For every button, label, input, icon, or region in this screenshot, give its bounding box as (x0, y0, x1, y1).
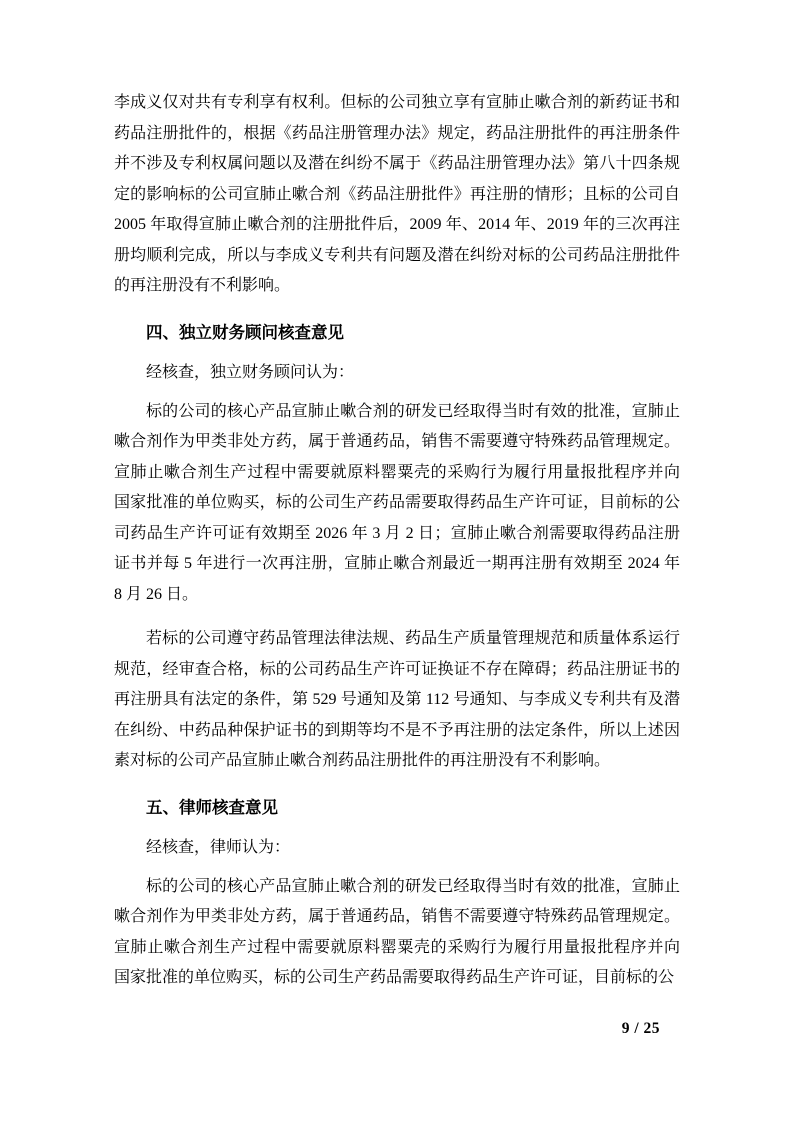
paragraph-patent-conclusion: 李成义仅对共有专利享有权利。但标的公司独立享有宣肺止嗽合剂的新药证书和药品注册批… (114, 88, 680, 302)
text-line: 经核查，独立财务顾问认为： (114, 358, 680, 389)
section-heading-financial-advisor-opinion: 四、独立财务顾问核查意见 (114, 318, 680, 349)
text-line: 在纠纷、中药品种保护证书的到期等均不是不予再注册的法定条件，所以上述因 (114, 716, 680, 747)
text-line: 国家批准的单位购买，标的公司生产药品需要取得药品生产许可证，目前标的公 (114, 488, 680, 519)
text-line: 宣肺止嗽合剂生产过程中需要就原料罂粟壳的采购行为履行用量报批程序并向 (114, 458, 680, 489)
text-line: 并不涉及专利权属问题以及潜在纠纷不属于《药品注册管理办法》第八十四条规 (114, 149, 680, 180)
text-line: 再注册具有法定的条件，第 529 号通知及第 112 号通知、与李成义专利共有及… (114, 685, 680, 716)
text-line: 司药品生产许可证有效期至 2026 年 3 月 2 日；宣肺止嗽合剂需要取得药品… (114, 519, 680, 550)
paragraph-financial-advisor-view: 标的公司的核心产品宣肺止嗽合剂的研发已经取得当时有效的批准，宣肺止嗽合剂作为甲类… (114, 397, 680, 611)
paragraph-financial-advisor-conclusion: 若标的公司遵守药品管理法律法规、药品生产质量管理规范和质量体系运行规范，经审查合… (114, 624, 680, 777)
text-line: 国家批准的单位购买，标的公司生产药品需要取得药品生产许可证，目前标的公 (114, 963, 680, 994)
page-number: 9 / 25 (622, 1020, 660, 1038)
text-line: 2005 年取得宣肺止嗽合剂的注册批件后，2009 年、2014 年、2019 … (114, 210, 680, 241)
text-line: 规范，经审查合格，标的公司药品生产许可证换证不存在障碍；药品注册证书的 (114, 655, 680, 686)
document-page: 李成义仅对共有专利享有权利。但标的公司独立享有宣肺止嗽合剂的新药证书和药品注册批… (0, 0, 793, 1122)
text-line: 宣肺止嗽合剂生产过程中需要就原料罂粟壳的采购行为履行用量报批程序并向 (114, 933, 680, 964)
section-heading-lawyer-opinion: 五、律师核查意见 (114, 793, 680, 824)
text-line: 标的公司的核心产品宣肺止嗽合剂的研发已经取得当时有效的批准，宣肺止 (114, 397, 680, 428)
text-line: 药品注册批件的，根据《药品注册管理办法》规定，药品注册批件的再注册条件 (114, 119, 680, 150)
text-line: 嗽合剂作为甲类非处方药，属于普通药品，销售不需要遵守特殊药品管理规定。 (114, 902, 680, 933)
text-line: 证书并每 5 年进行一次再注册，宣肺止嗽合剂最近一期再注册有效期至 2024 年 (114, 549, 680, 580)
text-line: 经核查，律师认为： (114, 833, 680, 864)
text-line: 素对标的公司产品宣肺止嗽合剂药品注册批件的再注册没有不利影响。 (114, 746, 680, 777)
text-line: 8 月 26 日。 (114, 580, 680, 611)
text-line: 标的公司的核心产品宣肺止嗽合剂的研发已经取得当时有效的批准，宣肺止 (114, 872, 680, 903)
text-line: 嗽合剂作为甲类非处方药，属于普通药品，销售不需要遵守特殊药品管理规定。 (114, 427, 680, 458)
paragraph-lawyer-view: 标的公司的核心产品宣肺止嗽合剂的研发已经取得当时有效的批准，宣肺止嗽合剂作为甲类… (114, 872, 680, 994)
text-line: 定的影响标的公司宣肺止嗽合剂《药品注册批件》再注册的情形；且标的公司自 (114, 180, 680, 211)
text-line: 的再注册没有不利影响。 (114, 271, 680, 302)
paragraph-financial-advisor-intro: 经核查，独立财务顾问认为： (114, 358, 680, 389)
text-line: 册均顺利完成，所以与李成义专利共有问题及潜在纠纷对标的公司药品注册批件 (114, 241, 680, 272)
document-body: 李成义仅对共有专利享有权利。但标的公司独立享有宣肺止嗽合剂的新药证书和药品注册批… (114, 88, 680, 1008)
text-line: 若标的公司遵守药品管理法律法规、药品生产质量管理规范和质量体系运行 (114, 624, 680, 655)
text-line: 李成义仅对共有专利享有权利。但标的公司独立享有宣肺止嗽合剂的新药证书和 (114, 88, 680, 119)
paragraph-lawyer-intro: 经核查，律师认为： (114, 833, 680, 864)
